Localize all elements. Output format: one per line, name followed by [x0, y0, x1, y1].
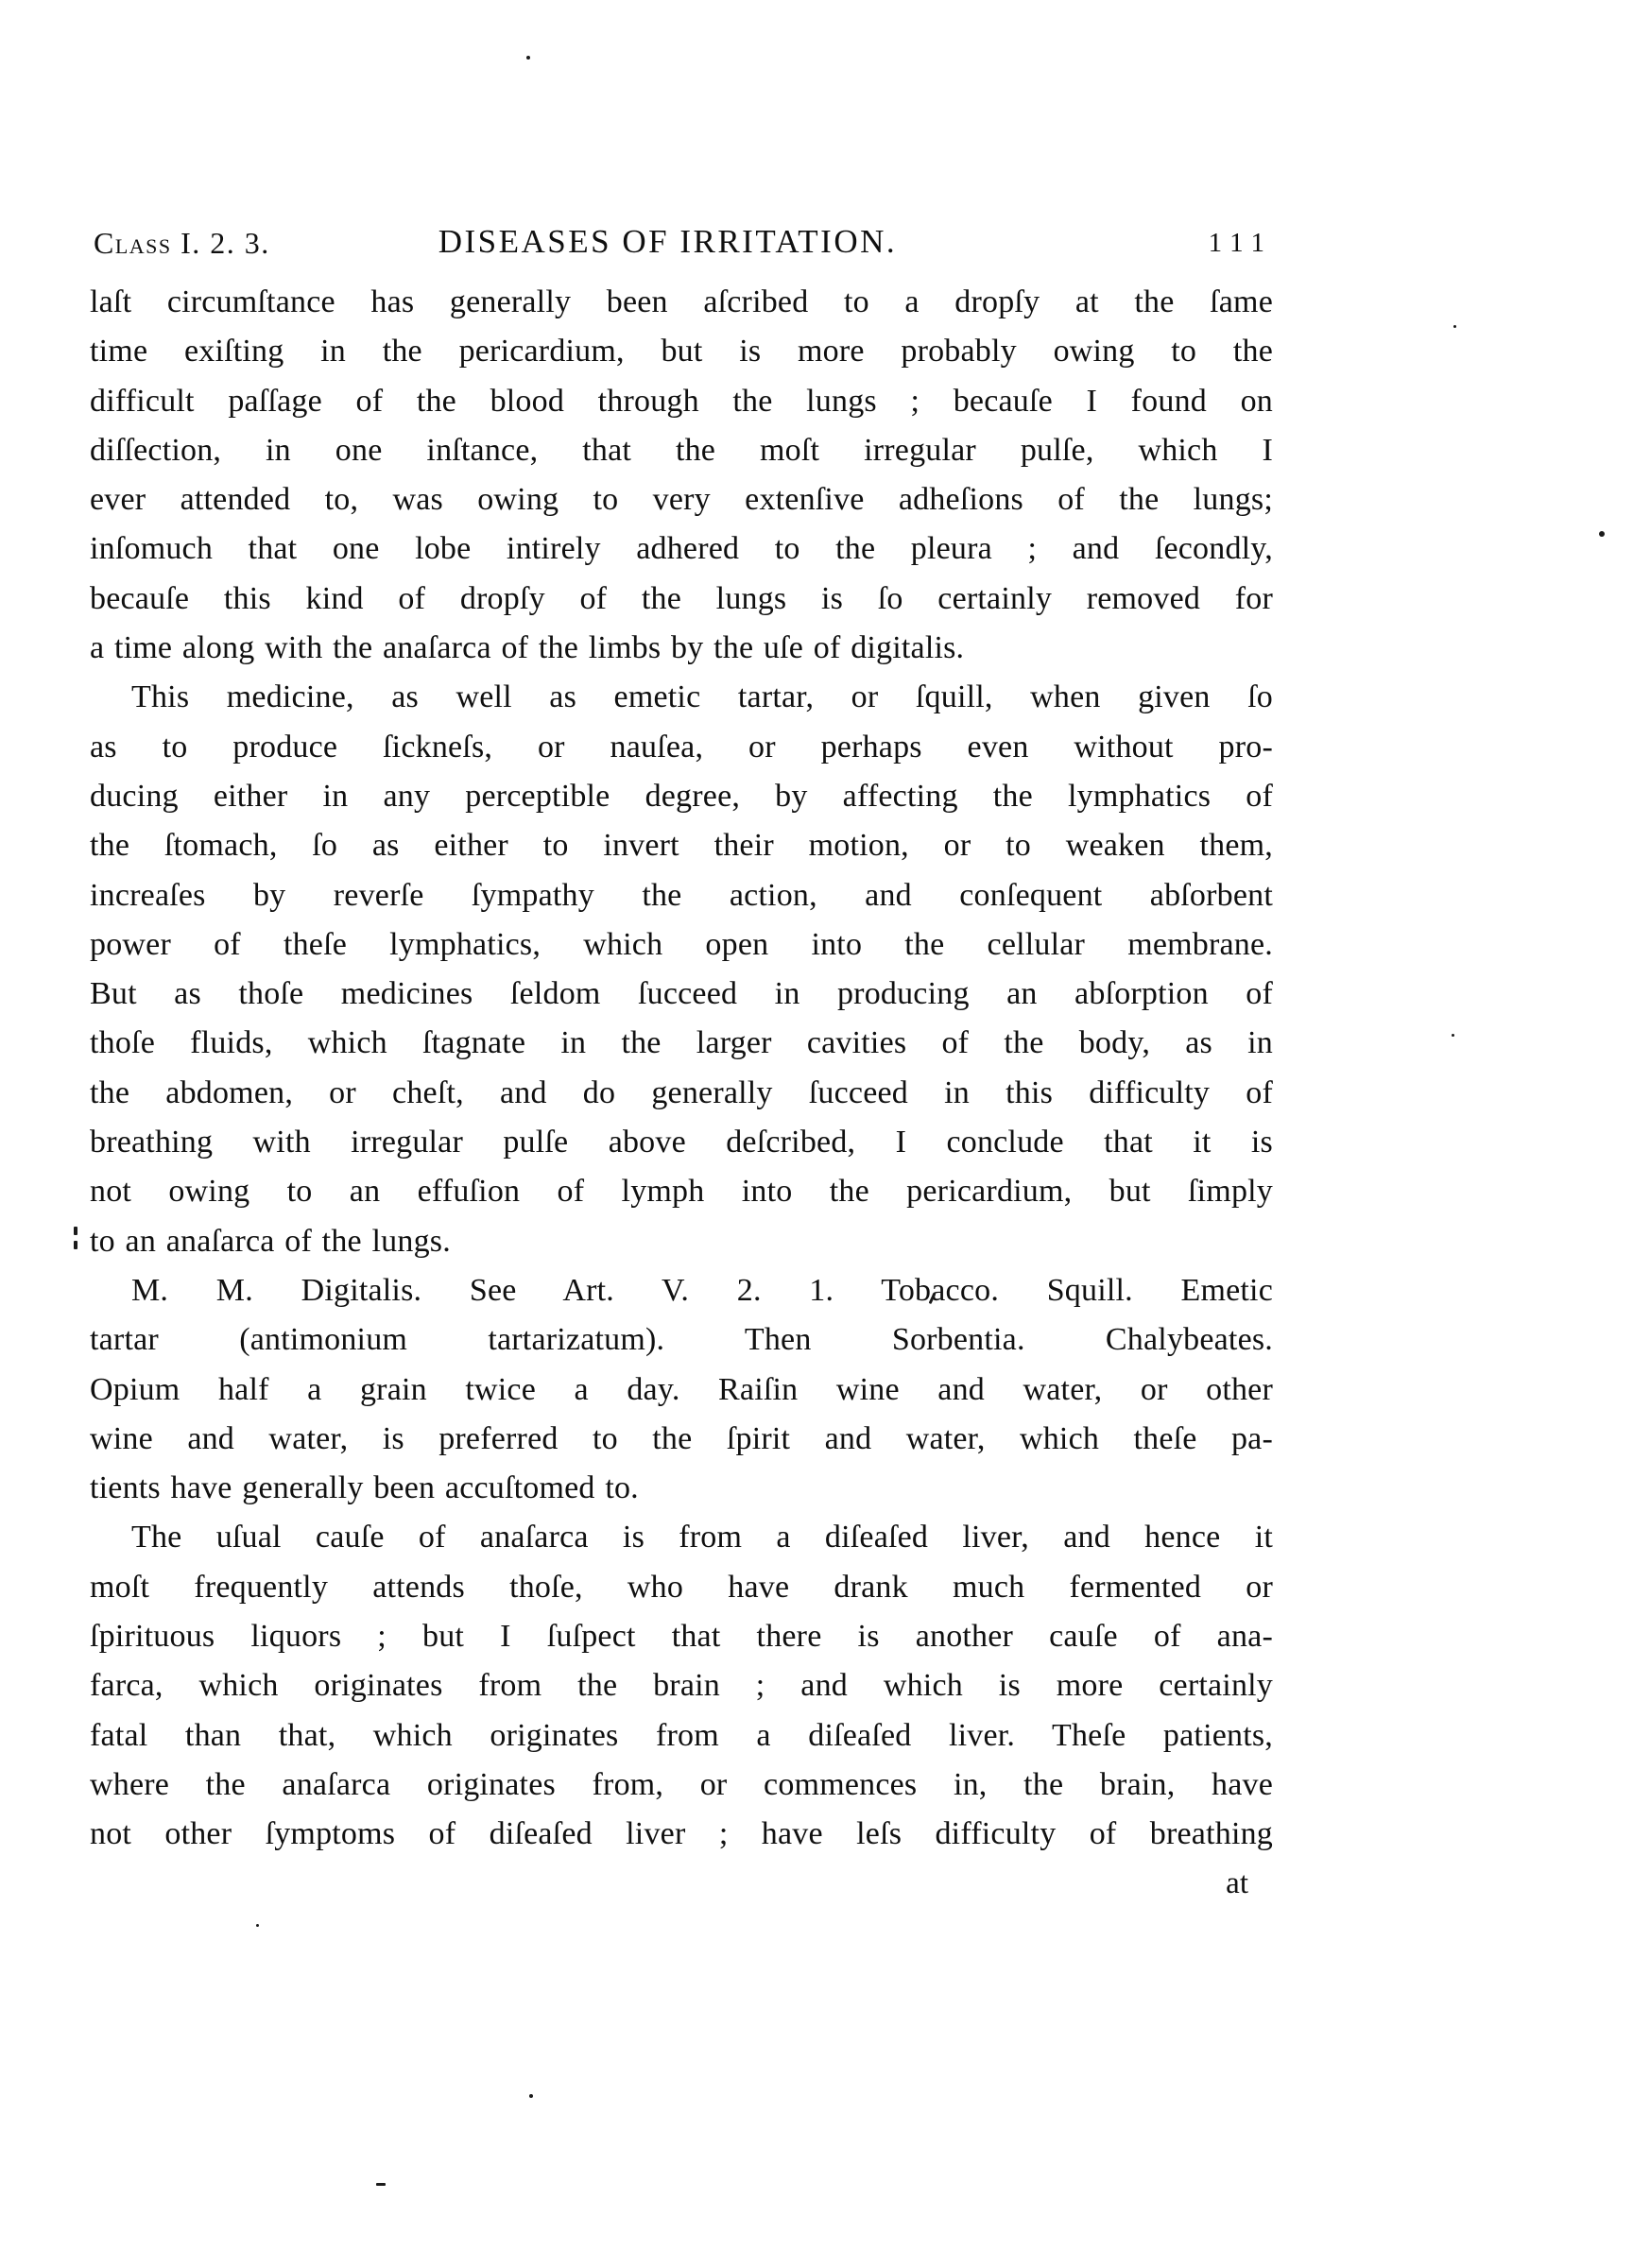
- text-line: diſſection, in one inſtance, that the mo…: [90, 426, 1273, 475]
- text-line: not owing to an effuſion of lymph into t…: [90, 1167, 1273, 1216]
- text-line: ever attended to, was owing to very exte…: [90, 475, 1273, 524]
- scan-speck: [1599, 531, 1605, 537]
- text-line: as to produce ſickneſs, or nauſea, or pe…: [90, 723, 1273, 772]
- text-line: the ſtomach, ſo as either to invert thei…: [90, 821, 1273, 870]
- page-header: Class I. 2. 3. DISEASES OF IRRITATION. 1…: [90, 212, 1273, 261]
- text-line: laſt circumſtance has generally been aſc…: [90, 278, 1273, 327]
- text-line: a time along with the anaſarca of the li…: [90, 624, 1273, 673]
- text-line: the abdomen, or cheſt, and do generally …: [90, 1069, 1273, 1118]
- text-line: power of theſe lymphatics, which open in…: [90, 920, 1273, 970]
- book-page-scan: Class I. 2. 3. DISEASES OF IRRITATION. 1…: [0, 0, 1633, 2268]
- page-number: 111: [1209, 228, 1273, 259]
- scan-speck: [529, 2094, 533, 2098]
- scan-speck: [74, 1227, 77, 1235]
- scan-speck: [1452, 1034, 1454, 1037]
- text-block: laſt circumſtance has generally been aſc…: [90, 278, 1273, 1860]
- text-line: where the anaſarca originates from, or c…: [90, 1761, 1273, 1810]
- scan-speck: [74, 1241, 77, 1249]
- scan-speck: [376, 2183, 386, 2186]
- text-line: M. M. Digitalis. See Art. V. 2. 1. Tobac…: [90, 1266, 1273, 1315]
- text-line: breathing with irregular pulſe above deſ…: [90, 1118, 1273, 1167]
- scan-speck: [526, 56, 530, 60]
- text-line: But as thoſe medicines ſeldom ſucceed in…: [90, 970, 1273, 1019]
- class-label: Class I. 2. 3.: [94, 226, 270, 261]
- text-line: tartar (antimonium tartarizatum). Then S…: [90, 1315, 1273, 1365]
- text-line: wine and water, is preferred to the ſpir…: [90, 1415, 1273, 1464]
- text-line: moſt frequently attends thoſe, who have …: [90, 1563, 1273, 1612]
- scan-speck: [1453, 325, 1456, 328]
- text-line: inſomuch that one lobe intirely adhered …: [90, 524, 1273, 574]
- text-line: increaſes by reverſe ſympathy the action…: [90, 871, 1273, 920]
- text-line: tients have generally been accuſtomed to…: [90, 1464, 1273, 1513]
- text-line: The uſual cauſe of anaſarca is from a di…: [90, 1513, 1273, 1562]
- text-line: This medicine, as well as emetic tartar,…: [90, 673, 1273, 722]
- text-line: not other ſymptoms of diſeaſed liver ; h…: [90, 1810, 1273, 1859]
- text-line: Opium half a grain twice a day. Raiſin w…: [90, 1366, 1273, 1415]
- catchword: at: [90, 1866, 1248, 1901]
- text-line: fatal than that, which originates from a…: [90, 1711, 1273, 1761]
- text-line: becauſe this kind of dropſy of the lungs…: [90, 575, 1273, 624]
- text-line: ducing either in any perceptible degree,…: [90, 772, 1273, 821]
- text-line: time exiſting in the pericardium, but is…: [90, 327, 1273, 376]
- text-line: difficult paſſage of the blood through t…: [90, 377, 1273, 426]
- text-line: thoſe fluids, which ſtagnate in the larg…: [90, 1019, 1273, 1068]
- text-line: farca, which originates from the brain ;…: [90, 1661, 1273, 1710]
- text-line: ſpirituous liquors ; but I ſuſpect that …: [90, 1612, 1273, 1661]
- running-title: DISEASES OF IRRITATION.: [438, 223, 897, 261]
- text-line: to an anaſarca of the lungs.: [90, 1217, 1273, 1266]
- scan-speck: [256, 1924, 259, 1927]
